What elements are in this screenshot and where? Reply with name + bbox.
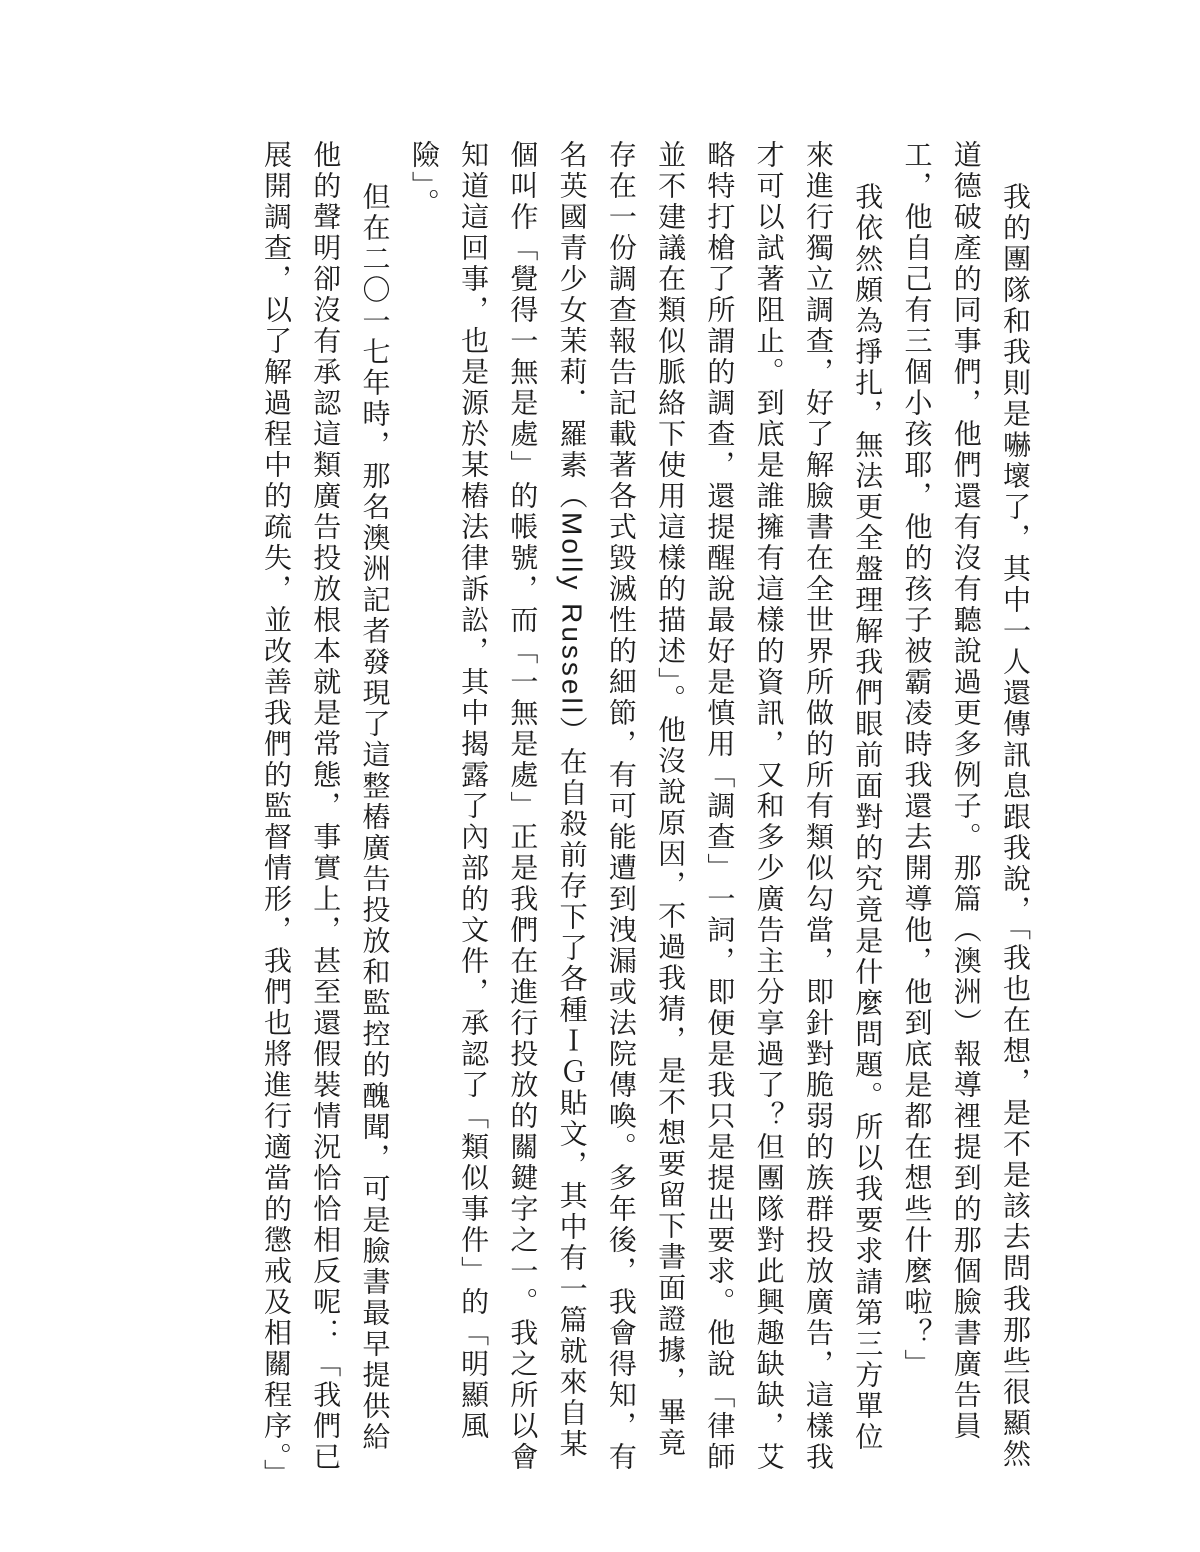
paragraph-2: 我依然頗為掙扎，無法更全盤理解我們眼前面對的究竟是什麼問題。所以我要求請第三方單… bbox=[400, 140, 893, 1482]
vertical-text-block: 我的團隊和我則是嚇壞了，其中一人還傳訊息跟我說，「我也在想，是不是該去問我那些很… bbox=[252, 140, 1040, 1482]
book-page: 我的團隊和我則是嚇壞了，其中一人還傳訊息跟我說，「我也在想，是不是該去問我那些很… bbox=[0, 0, 1200, 1552]
paragraph-3: 但在二〇一七年時，那名澳洲記者發現了這整樁廣告投放和監控的醜聞，可是臉書最早提供… bbox=[252, 140, 400, 1482]
paragraph-1: 我的團隊和我則是嚇壞了，其中一人還傳訊息跟我說，「我也在想，是不是該去問我那些很… bbox=[892, 140, 1040, 1482]
